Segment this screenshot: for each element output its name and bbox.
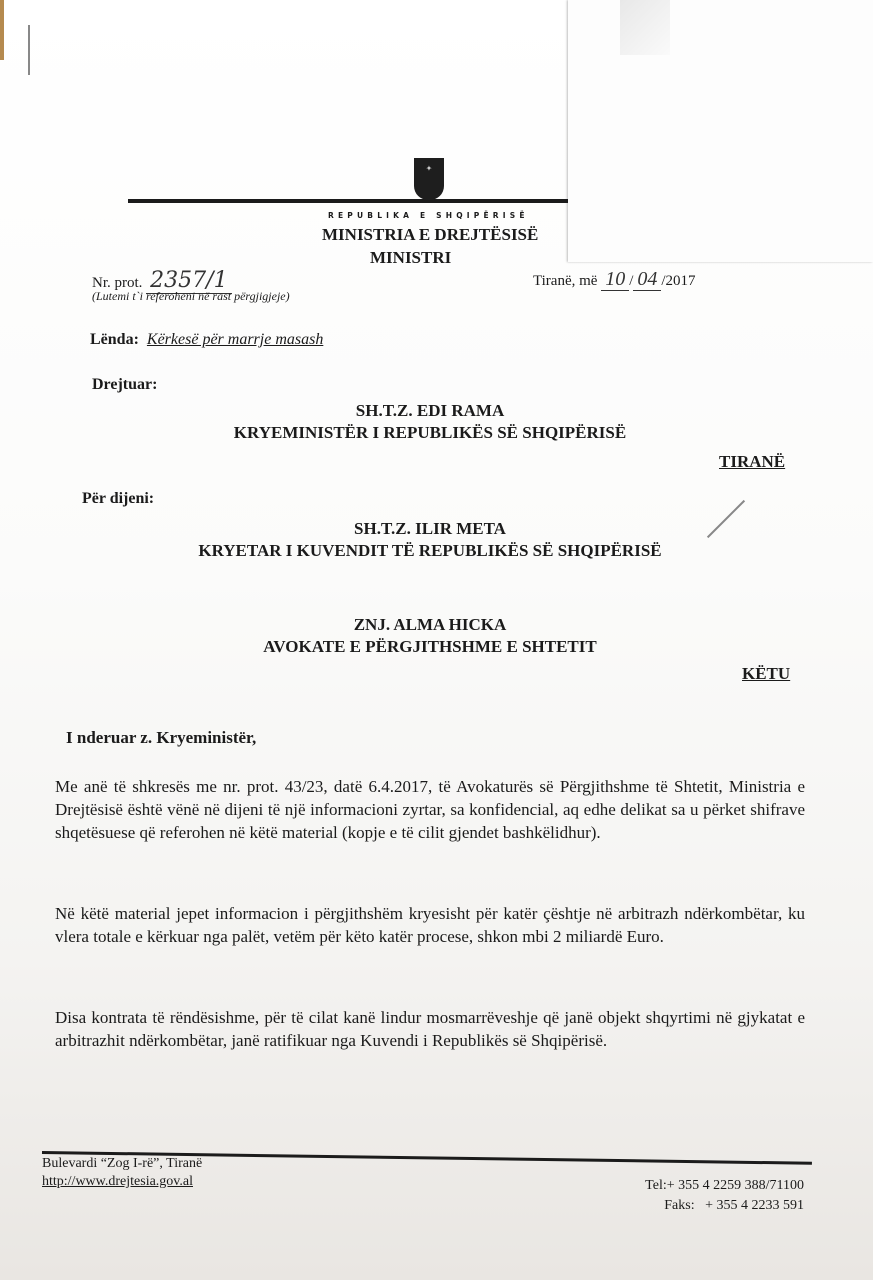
republic-name: REPUBLIKA E SHQIPËRISË [328,211,529,220]
office-name: MINISTRI [370,248,451,268]
cc-location: KËTU [742,664,790,684]
cc-recipient-name: SH.T.Z. ILIR META [100,518,760,540]
subject-text: Kërkesë për marrje masash [147,331,323,348]
body-paragraph-3: Disa kontrata të rëndësishme, për të cil… [55,1006,805,1052]
place-date: Tiranë, më 10/04/2017 [533,268,696,291]
date-day: 10 [601,268,629,291]
pen-mark [28,25,30,75]
cc-recipient-2: ZNJ. ALMA HICKA AVOKATE E PËRGJITHSHME E… [100,614,760,658]
primary-recipient: SH.T.Z. EDI RAMA KRYEMINISTËR I REPUBLIK… [100,400,760,444]
recipient-name: SH.T.Z. EDI RAMA [100,400,760,422]
ministry-name: MINISTRIA E DREJTËSISË [322,225,538,245]
footer-contact-block: Tel:+ 355 4 2259 388/71100 Faks: + 355 4… [612,1176,804,1216]
letterhead-rule [128,199,568,203]
photo-edge [0,0,4,60]
cc-recipient-1: SH.T.Z. ILIR META KRYETAR I KUVENDIT TË … [100,518,760,562]
footer-fax: Faks: + 355 4 2233 591 [612,1196,804,1216]
body-paragraph-1: Me anë të shkresës me nr. prot. 43/23, d… [55,775,805,844]
footer-website-link[interactable]: http://www.drejtesia.gov.al [42,1174,193,1189]
place-label: Tiranë, më [533,273,597,289]
cc-recipient-title: KRYETAR I KUVENDIT TË REPUBLIKËS SË SHQI… [100,540,760,562]
albanian-coat-of-arms-icon: ✦ [414,158,444,200]
protocol-note: (Lutemi t`i referoheni në rast përgjigje… [92,289,290,304]
body-paragraph-2: Në këtë material jepet informacion i për… [55,902,805,948]
salutation: I nderuar z. Kryeministër, [66,728,256,748]
recipient-title: KRYEMINISTËR I REPUBLIKËS SË SHQIPËRISË [100,422,760,444]
subject-label: Lënda: [90,331,139,348]
date-month: 04 [633,268,661,291]
cc-recipient-title: AVOKATE E PËRGJITHSHME E SHTETIT [100,636,760,658]
cc-recipient-name: ZNJ. ALMA HICKA [100,614,760,636]
footer-address-block: Bulevardi “Zog I-rë”, Tiranë http://www.… [42,1155,202,1191]
paper-fold-shadow [620,0,670,55]
subject-line: Lënda:Kërkesë për marrje masash [90,331,323,349]
cc-label: Për dijeni: [82,490,154,508]
recipient-location: TIRANË [719,452,785,472]
footer-tel: Tel:+ 355 4 2259 388/71100 [612,1176,804,1196]
date-year: /2017 [661,273,695,289]
addressed-to-label: Drejtuar: [92,376,157,394]
footer-address: Bulevardi “Zog I-rë”, Tiranë [42,1155,202,1173]
overlapping-paper-sheet [568,0,873,262]
